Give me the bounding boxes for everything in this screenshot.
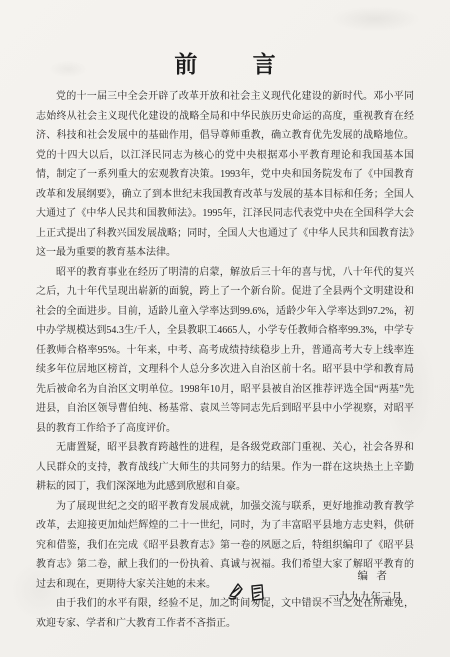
- signature-author: 编者: [329, 568, 403, 583]
- ink-seal-stamp-icon: [226, 580, 270, 606]
- preface-body: 党的十一届三中全会开辟了改革开放和社会主义现代化建设的新时代。邓小平同志始终从社…: [36, 87, 414, 633]
- paragraph: 党的十一届三中全会开辟了改革开放和社会主义现代化建设的新时代。邓小平同志始终从社…: [36, 87, 414, 263]
- scanned-document-page: 前言 党的十一届三中全会开辟了改革开放和社会主义现代化建设的新时代。邓小平同志始…: [0, 0, 450, 657]
- paragraph: 无庸置疑，昭平县教育跨越性的进程，是各级党政部门重视、关心，社会各界和人民群众的…: [36, 438, 414, 497]
- page-title: 前言: [0, 0, 450, 79]
- signature-block: 编者 一九九九年三月: [329, 568, 403, 604]
- signature-date: 一九九九年三月: [329, 589, 403, 604]
- paragraph: 昭平的教育事业在经历了明清的启蒙，解放后三十年的喜与忧，八十年代的复兴之后，九十…: [36, 263, 414, 439]
